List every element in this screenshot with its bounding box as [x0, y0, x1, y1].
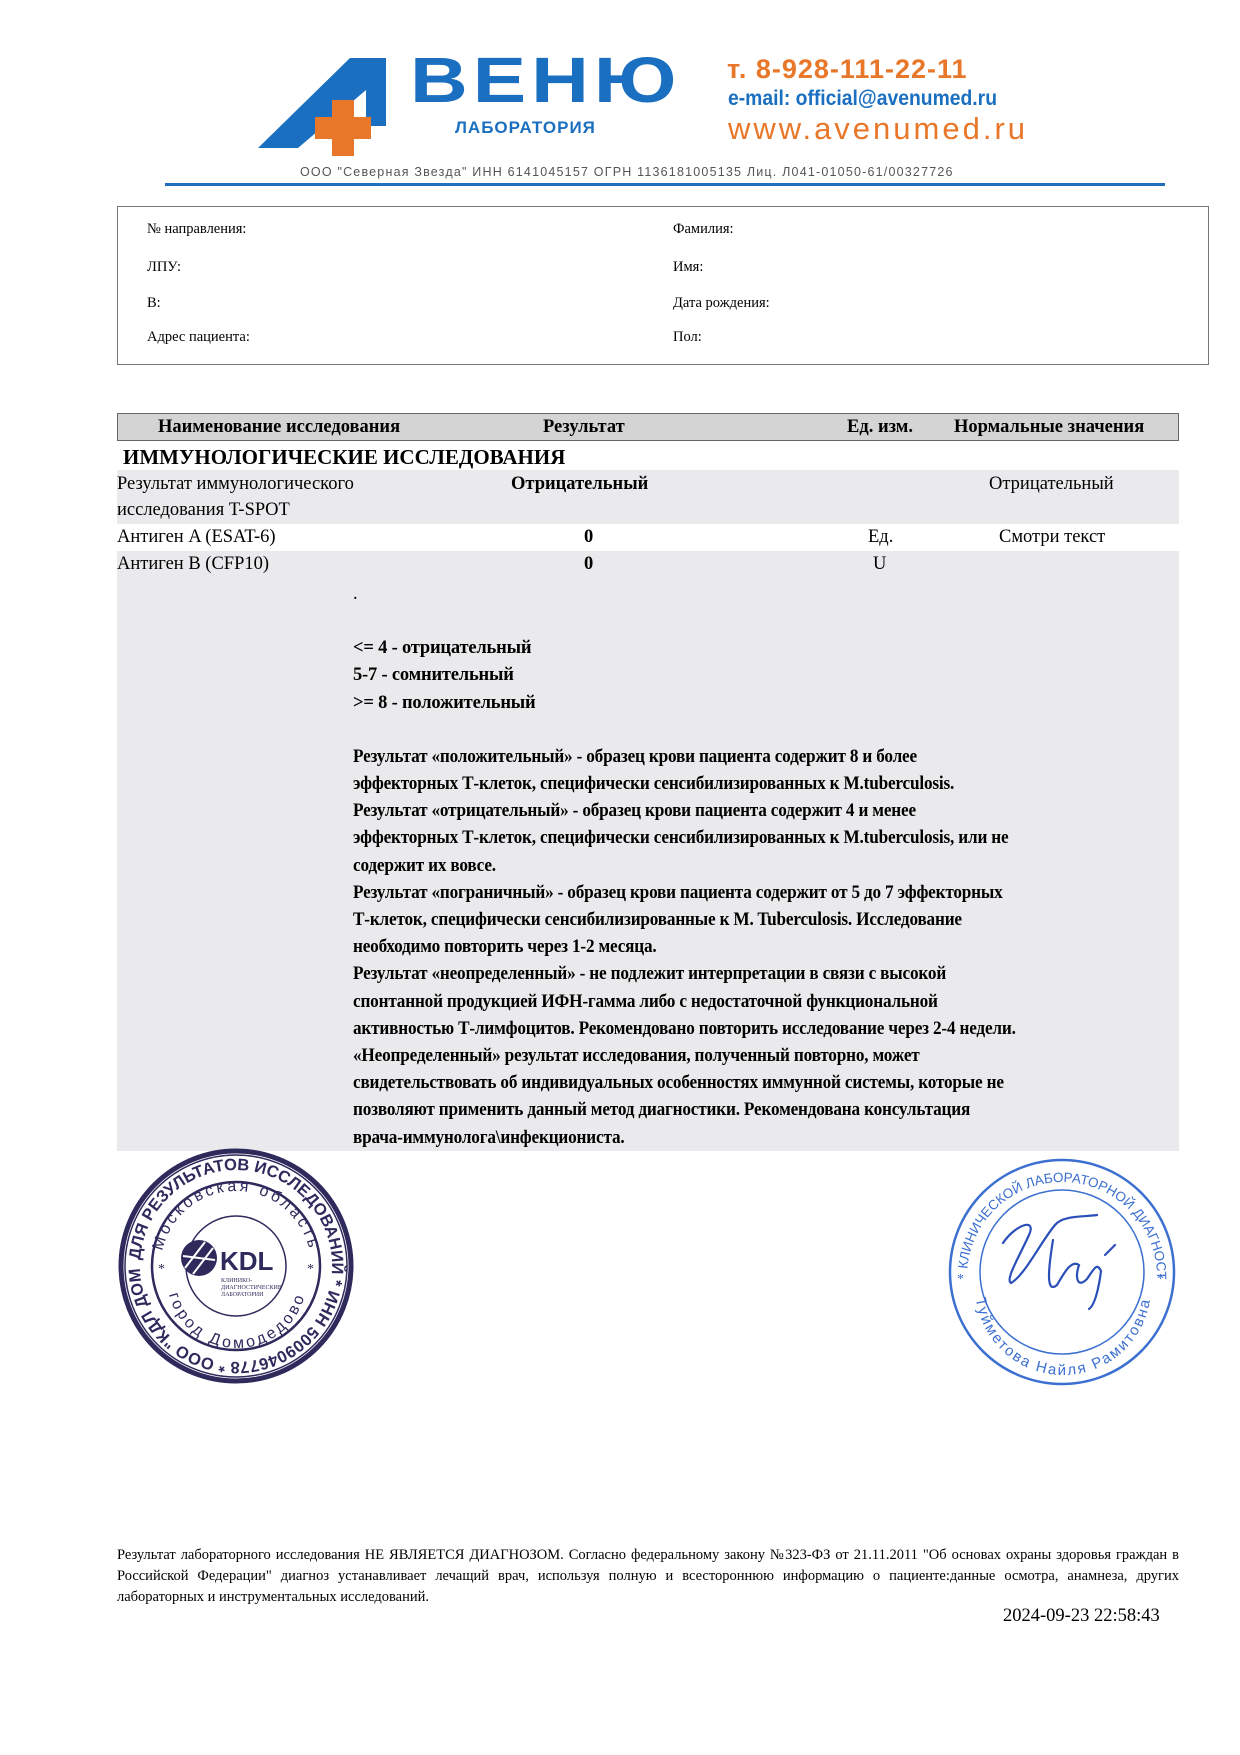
comment-line: свидетельствовать об индивидуальных особ… [353, 1070, 1016, 1097]
signature-icon [1003, 1215, 1115, 1309]
comment-line: активностью Т-лимфоцитов. Рекомендовано … [353, 1016, 1016, 1043]
test-normal-value: Смотри текст [999, 527, 1105, 548]
patient-address-label: Адрес пациента: [147, 329, 250, 346]
test-name-line2: исследования T-SPOT [117, 500, 290, 521]
organization-stamp: ДЛЯ РЕЗУЛЬТАТОВ ИССЛЕДОВАНИЙ * ИНН 50090… [117, 1148, 355, 1384]
surname-label: Фамилия: [673, 221, 734, 238]
svg-text:*: * [957, 1272, 964, 1287]
in-label: В: [147, 295, 161, 312]
test-name: Антиген A (ESAT-6) [117, 527, 276, 548]
results-table-header: Наименование исследования Результат Ед. … [117, 413, 1179, 441]
company-requisites: ООО "Северная Звезда" ИНН 6141045157 ОГР… [300, 165, 954, 179]
brand-subtitle: ЛАБОРАТОРИЯ [455, 118, 596, 138]
doctor-stamp: ВРАЧ КЛИНИЧЕСКОЙ ЛАБОРАТОРНОЙ ДИАГНОСТИК… [945, 1155, 1180, 1390]
comment-line: Результат «пограничный» - образец крови … [353, 880, 1016, 907]
header-divider [165, 183, 1165, 186]
table-row: Результат иммунологического исследования… [117, 470, 1179, 524]
clinic-label: ЛПУ: [147, 259, 181, 276]
birth-date-label: Дата рождения: [673, 295, 770, 312]
comment-dot: . [353, 581, 1066, 608]
kdl-logo-text: KDL [220, 1246, 274, 1276]
svg-text:*: * [307, 1262, 314, 1277]
test-unit: U [873, 554, 886, 575]
test-result: Отрицательный [511, 474, 648, 495]
legal-disclaimer: Результат лабораторного исследования НЕ … [117, 1545, 1179, 1608]
test-name: Результат иммунологического [117, 474, 354, 495]
comment-line: необходимо повторить через 1-2 месяца. [353, 934, 1016, 961]
doctor-stamp-title: ВРАЧ КЛИНИЧЕСКОЙ ЛАБОРАТОРНОЙ ДИАГНОСТИК… [945, 1155, 1169, 1280]
interpretation-comment: . <= 4 - отрицательный 5-7 - сомнительны… [117, 583, 1179, 1151]
patient-info-box: № направления: ЛПУ: В: Адрес пациента: Ф… [117, 206, 1209, 365]
scale-doubtful: 5-7 - сомнительный [353, 662, 1066, 689]
interpretation-text: Результат «положительный» - образец кров… [353, 744, 1016, 1152]
contact-email: e-mail: official@avenumed.ru [728, 87, 997, 111]
scale-negative: <= 4 - отрицательный [353, 635, 1066, 662]
comment-line: «Неопределенный» результат исследования,… [353, 1043, 1016, 1070]
comment-line: эффекторных Т-клеток, специфически сенси… [353, 825, 1016, 852]
kdl-logo-icon [181, 1240, 217, 1276]
test-result: 0 [584, 554, 593, 575]
column-header-unit: Ед. изм. [847, 417, 913, 438]
comment-line: позволяют применить данный метод диагнос… [353, 1097, 1016, 1124]
svg-text:ВРАЧ КЛИНИЧЕСКОЙ ЛАБОРАТОРНОЙ: ВРАЧ КЛИНИЧЕСКОЙ ЛАБОРАТОРНОЙ ДИАГНОСТИК… [945, 1155, 1169, 1280]
first-name-label: Имя: [673, 259, 703, 276]
contact-phone: т. 8-928-111-22-11 [727, 54, 968, 85]
test-normal-value: Отрицательный [989, 474, 1114, 495]
comment-line: Т-клеток, специфически сенсибилизированн… [353, 907, 1016, 934]
letter-a-with-medical-cross-icon [258, 56, 408, 156]
doctor-stamp-name: Туйметова Найля Рамитовна [972, 1296, 1155, 1379]
comment-line: содержит их вовсе. [353, 853, 1016, 880]
column-header-test-name: Наименование исследования [158, 417, 400, 438]
svg-text:*: * [1157, 1272, 1164, 1287]
svg-text:ДИАГНОСТИЧЕСКИЕ: ДИАГНОСТИЧЕСКИЕ [221, 1285, 282, 1291]
table-row: Антиген B (CFP10) 0 U [117, 551, 1179, 583]
svg-text:*: * [158, 1262, 165, 1277]
comment-line: врача-иммунолога\инфекциониста. [353, 1125, 1016, 1152]
column-header-normal-values: Нормальные значения [954, 417, 1144, 438]
scale-positive: >= 8 - положительный [353, 690, 1066, 717]
referral-number-label: № направления: [147, 221, 246, 238]
comment-line: Результат «неопределенный» - не подлежит… [353, 961, 1016, 988]
test-unit: Ед. [868, 527, 893, 548]
contact-website: www.avenumed.ru [728, 111, 1028, 147]
print-timestamp: 2024-09-23 22:58:43 [1003, 1606, 1160, 1627]
table-row: Антиген A (ESAT-6) 0 Ед. Смотри текст [117, 524, 1179, 551]
comment-line: Результат «отрицательный» - образец кров… [353, 798, 1016, 825]
test-result: 0 [584, 527, 593, 548]
brand-name: ВЕНЮ [410, 48, 681, 112]
test-name: Антиген B (CFP10) [117, 554, 269, 575]
comment-line: Результат «положительный» - образец кров… [353, 744, 1016, 771]
sex-label: Пол: [673, 329, 702, 346]
column-header-result: Результат [543, 417, 625, 438]
svg-text:Туйметова Найля Рамитовна: Туйметова Найля Рамитовна [972, 1296, 1155, 1379]
section-title: ИММУНОЛОГИЧЕСКИЕ ИССЛЕДОВАНИЯ [123, 445, 565, 470]
comment-line: спонтанной продукцией ИФН-гамма либо с н… [353, 989, 1016, 1016]
svg-text:ЛАБОРАТОРИИ: ЛАБОРАТОРИИ [221, 1292, 264, 1298]
comment-line: эффекторных Т-клеток, специфически сенси… [353, 771, 1016, 798]
svg-text:КЛИНИКО-: КЛИНИКО- [221, 1278, 252, 1284]
